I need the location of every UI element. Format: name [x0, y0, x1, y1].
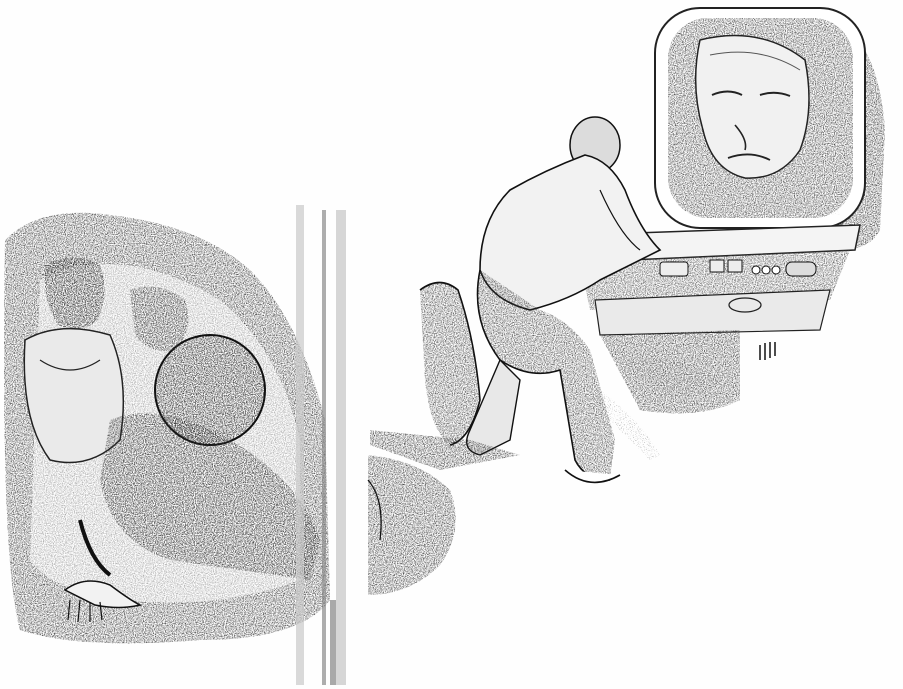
right-panel: Right-page vignette: crouching man at a …	[368, 8, 885, 595]
scan-page: Scanned pulp magazine illustration sprea…	[0, 0, 903, 689]
view-screen	[655, 8, 885, 250]
left-panel: Left-page vignette: two figures, one in …	[4, 213, 330, 644]
illustration-canvas: Left-page vignette: two figures, one in …	[0, 0, 903, 689]
